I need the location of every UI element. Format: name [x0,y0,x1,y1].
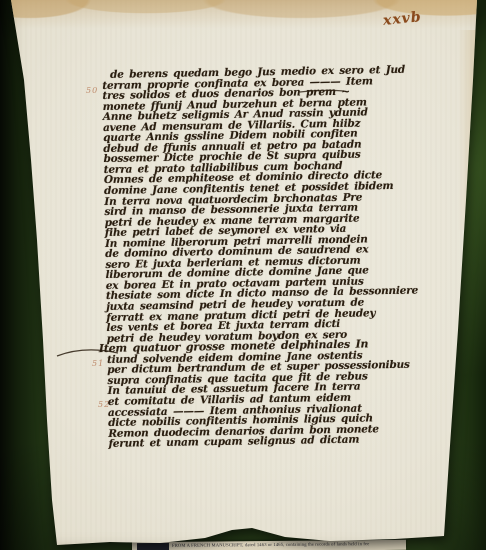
margin-mark: 50 [86,86,98,95]
paper-stain-right [458,30,480,230]
manuscript-page-wrap: xxvb 505152 de berens quedam bego Jus me… [0,0,486,550]
margin-mark: 51 [92,359,104,368]
manuscript-page: xxvb 505152 de berens quedam bego Jus me… [0,0,486,550]
photo-background: xxvb 505152 de berens quedam bego Jus me… [0,0,486,550]
manuscript-text: de berens quedam bego Jus medio ex sero … [102,64,457,450]
folio-number: xxvb [382,9,422,29]
